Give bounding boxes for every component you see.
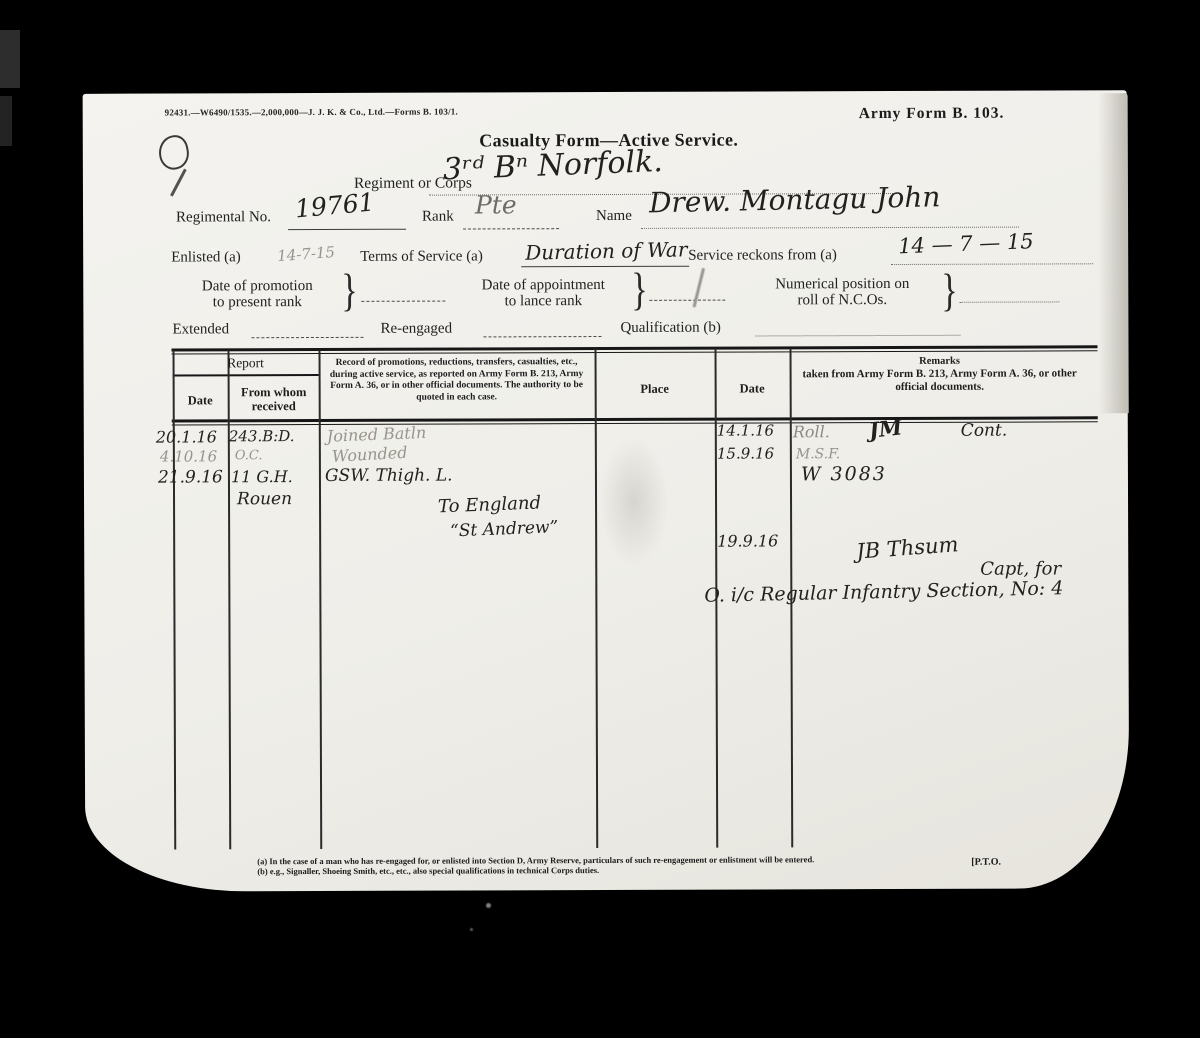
appointment-blank-line (649, 270, 725, 301)
numerical-label-line1: Numerical position on (747, 276, 937, 293)
entry-row3-from-line1: 11 G.H. (231, 467, 293, 486)
regimental-no-underline (288, 199, 406, 230)
entry-row2-remark: M.S.F. (796, 446, 840, 462)
entry-row3-date: 21.9.16 (158, 467, 223, 487)
signature-suffix: Capt, for (980, 558, 1061, 579)
footnote-b: (b) e.g., Signaller, Shoeing Smith, etc.… (257, 865, 599, 876)
extended-label: Extended (172, 321, 229, 338)
appointment-label: Date of appointment to lance rank (457, 277, 629, 310)
scan-blob (599, 437, 669, 567)
pto-note: [P.T.O. (971, 857, 1001, 868)
name-underline (641, 197, 1019, 229)
promotion-label-line1: Date of promotion (172, 278, 342, 295)
terms-label: Terms of Service (a) (360, 248, 483, 265)
rank-underline (463, 198, 559, 229)
col-header-place: Place (595, 382, 715, 397)
reckons-underline (891, 233, 1093, 265)
col-header-record: Record of promotions, reductions, transf… (327, 357, 587, 404)
reengaged-blank-line (483, 308, 601, 337)
entry-row3-from-line2: Rouen (237, 489, 292, 509)
entry-row4-record-line2: “St Andrew” (450, 517, 559, 541)
entry-row2-record: Wounded (331, 443, 408, 466)
paper-edge-shade (1098, 93, 1129, 413)
reengaged-label: Re-engaged (380, 321, 452, 338)
promotion-label: Date of promotion to present rank (172, 278, 342, 311)
regimental-no-label: Regimental No. (176, 209, 271, 226)
col-header-from-whom: From whom received (230, 385, 318, 413)
form-number: Army Form B. 103. (859, 105, 1005, 124)
scan-edge-smudge (0, 96, 12, 146)
report-header: Report (173, 355, 319, 372)
col-header-date: Date (173, 393, 228, 408)
numerical-label: Numerical position on roll of N.C.Os. (747, 276, 937, 309)
scan-edge-smudge (0, 30, 20, 88)
report-underline (173, 374, 319, 377)
scan-background: 92431.—W6490/1535.—2,000,000—J. J. K. & … (0, 0, 1200, 1038)
scan-speck (486, 903, 491, 908)
entry-row3-remark: W 3083 (801, 463, 887, 485)
entry-row1-event-date: 14.1.16 (717, 421, 774, 439)
appointment-label-line1: Date of appointment (457, 277, 629, 294)
entry-row4-record-line1: To England (438, 492, 542, 517)
scanned-form-paper: 92431.—W6490/1535.—2,000,000—J. J. K. & … (83, 90, 1130, 892)
terms-underline (521, 236, 689, 268)
rank-label: Rank (422, 209, 454, 226)
enlisted-label: Enlisted (a) (171, 249, 241, 266)
remarks-header-title: Remarks (800, 355, 1080, 367)
entry-row2-event-date: 15.9.16 (717, 444, 774, 462)
appointment-label-line2: to lance rank (457, 293, 629, 310)
entry-row1-remark: Roll. (793, 422, 830, 441)
ink-doodle (156, 133, 193, 173)
signature-name: JB Thsum (855, 532, 959, 563)
entry-row4-event-date: 19.9.16 (717, 531, 778, 550)
entry-row1-initials: JM (868, 414, 904, 442)
enlisted-value: 14-7-15 (277, 243, 336, 265)
printer-reference: 92431.—W6490/1535.—2,000,000—J. J. K. & … (165, 107, 458, 118)
entry-row2-date: 4.10.16 (160, 447, 217, 465)
numerical-blank-line (959, 271, 1059, 302)
name-label: Name (596, 208, 632, 225)
entry-row1-date: 20.1.16 (156, 427, 217, 446)
entry-row1-record: Joined Batln (326, 423, 426, 446)
qualification-label: Qualification (b) (620, 320, 720, 337)
extended-blank-line (251, 309, 363, 338)
appointment-brace: } (631, 265, 648, 316)
reckons-label: Service reckons from (a) (688, 247, 837, 265)
col-header-date2: Date (715, 381, 790, 396)
scan-speck (470, 928, 473, 931)
ink-doodle-tail (170, 169, 186, 197)
remarks-header-body: taken from Army Form B. 213, Army Form A… (800, 367, 1080, 394)
entry-row2-from: O.C. (235, 448, 263, 463)
entry-row1-cont: Cont. (961, 421, 1008, 441)
entry-row3-record: GSW. Thigh. L. (325, 466, 453, 486)
entry-row1-from: 243.B:D. (229, 427, 295, 445)
signature-role: O. i/c Regular Infantry Section, No: 4 (704, 577, 1063, 607)
promotion-blank-line (361, 271, 445, 302)
qualification-blank-line (755, 307, 960, 337)
